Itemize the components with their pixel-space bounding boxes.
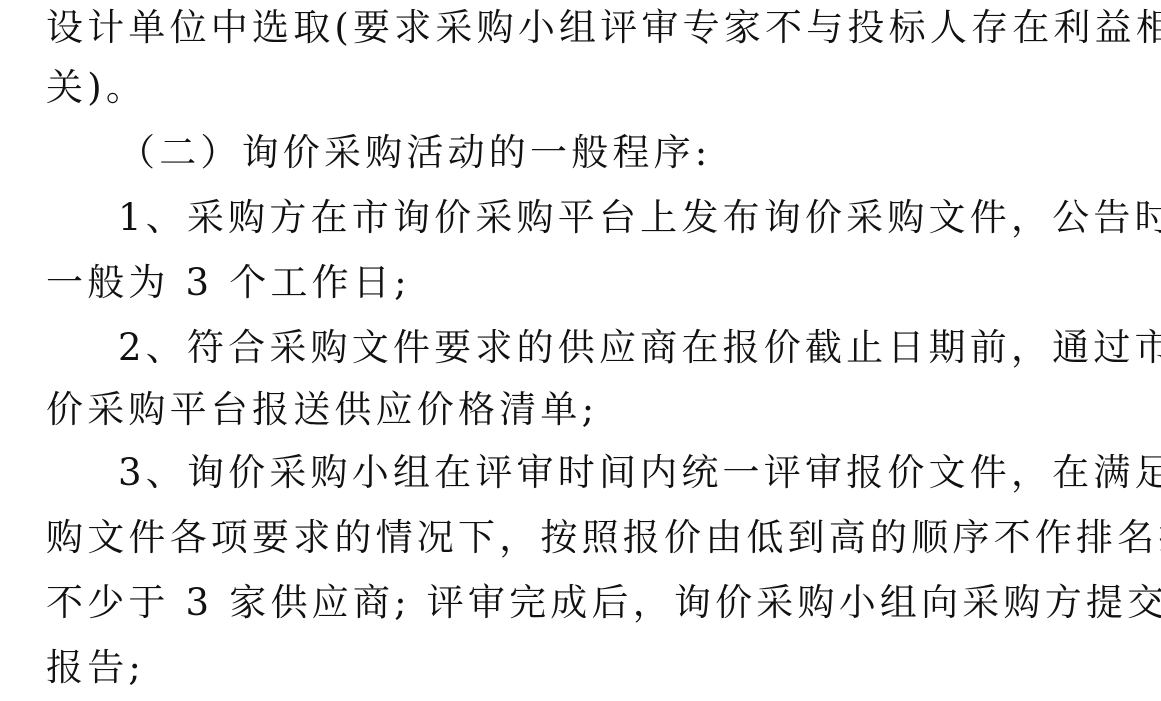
- document-page: 设计单位中选取(要求采购小组评审专家不与投标人存在利益相 关)。 （二）询价采购…: [0, 0, 1161, 701]
- item-3-line-4: 报告;: [46, 640, 1086, 696]
- item-2-line-2: 价采购平台报送供应价格清单;: [46, 382, 1086, 438]
- paragraph-line-1: 设计单位中选取(要求采购小组评审专家不与投标人存在利益相: [46, 0, 1086, 56]
- item-3-line-2: 购文件各项要求的情况下，按照报价由低到高的顺序不作排名推荐: [46, 510, 1086, 566]
- item-3-line-1: 3、询价采购小组在评审时间内统一评审报价文件，在满足采: [118, 445, 1086, 501]
- item-1-line-1: 1、采购方在市询价采购平台上发布询价采购文件，公告时间: [118, 190, 1086, 246]
- section-heading: （二）询价采购活动的一般程序:: [118, 125, 718, 181]
- item-1-line-2: 一般为 3 个工作日;: [46, 255, 1086, 311]
- item-3-line-3: 不少于 3 家供应商; 评审完成后，询价采购小组向采购方提交评审: [46, 575, 1086, 631]
- paragraph-line-2: 关)。: [46, 60, 1086, 116]
- item-2-line-1: 2、符合采购文件要求的供应商在报价截止日期前，通过市询: [118, 320, 1086, 376]
